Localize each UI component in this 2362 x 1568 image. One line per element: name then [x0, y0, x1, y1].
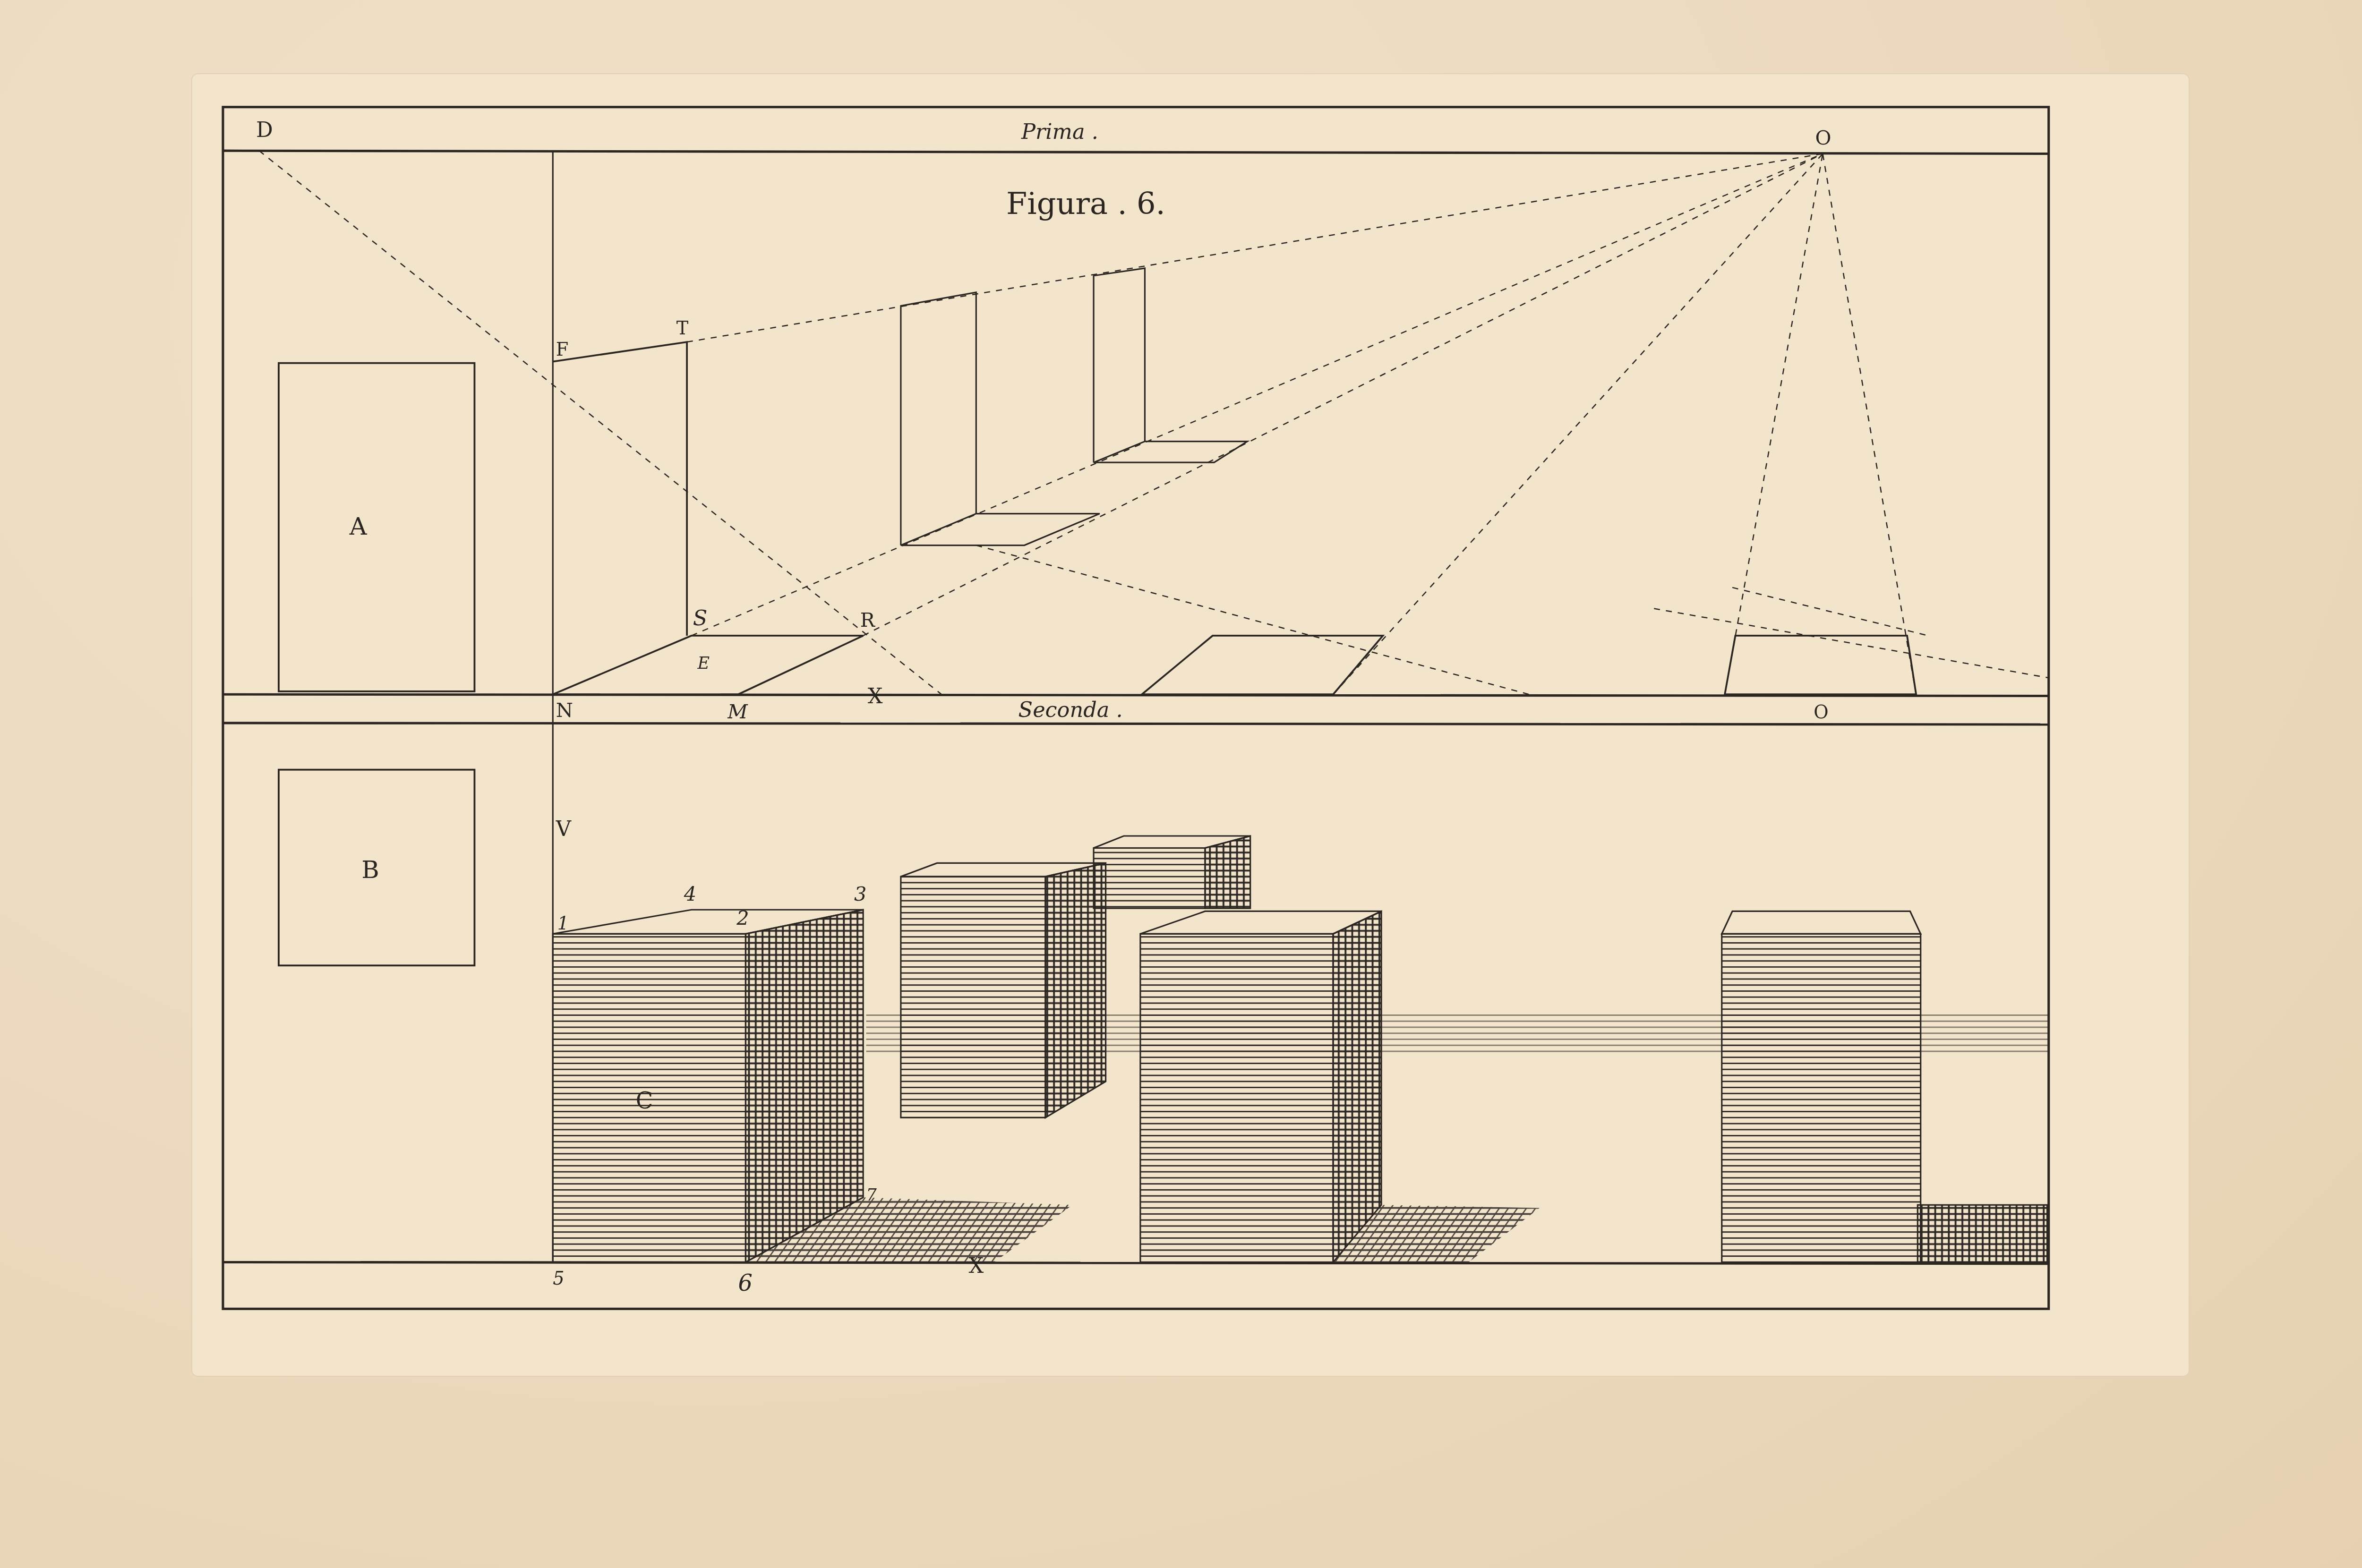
label-N: N: [556, 699, 573, 722]
label-T: T: [676, 318, 689, 339]
label-C: C: [636, 1088, 653, 1114]
label-E: E: [697, 654, 710, 673]
label-3: 3: [854, 883, 866, 905]
label-R: R: [860, 609, 876, 631]
label-F: F: [556, 339, 569, 360]
label-7: 7: [866, 1185, 877, 1205]
label-X-bottom: X: [968, 1253, 984, 1278]
label-X-top: X: [868, 684, 883, 708]
band-top-label: Prima .: [1021, 119, 1098, 144]
label-M: M: [727, 700, 748, 723]
label-5: 5: [553, 1268, 564, 1289]
label-D: D: [256, 118, 273, 142]
label-O-top: O: [1815, 127, 1831, 149]
label-2: 2: [736, 907, 749, 929]
upper-construction: [259, 151, 2048, 694]
label-1: 1: [557, 913, 569, 934]
figure-title: Figura . 6.: [1006, 187, 1165, 222]
label-V: V: [556, 817, 572, 841]
lower-construction: [279, 770, 2049, 1262]
label-4: 4: [684, 883, 696, 905]
label-6: 6: [738, 1270, 753, 1296]
label-O-bottom: O: [1814, 702, 1828, 723]
label-A: A: [349, 513, 368, 541]
label-S: S: [693, 606, 708, 631]
band-bottom-label: Seconda .: [1018, 698, 1123, 722]
label-B: B: [361, 856, 379, 884]
perspective-diagram: D Prima . O Figura . 6. A F T S R E N M …: [0, 0, 2362, 1568]
